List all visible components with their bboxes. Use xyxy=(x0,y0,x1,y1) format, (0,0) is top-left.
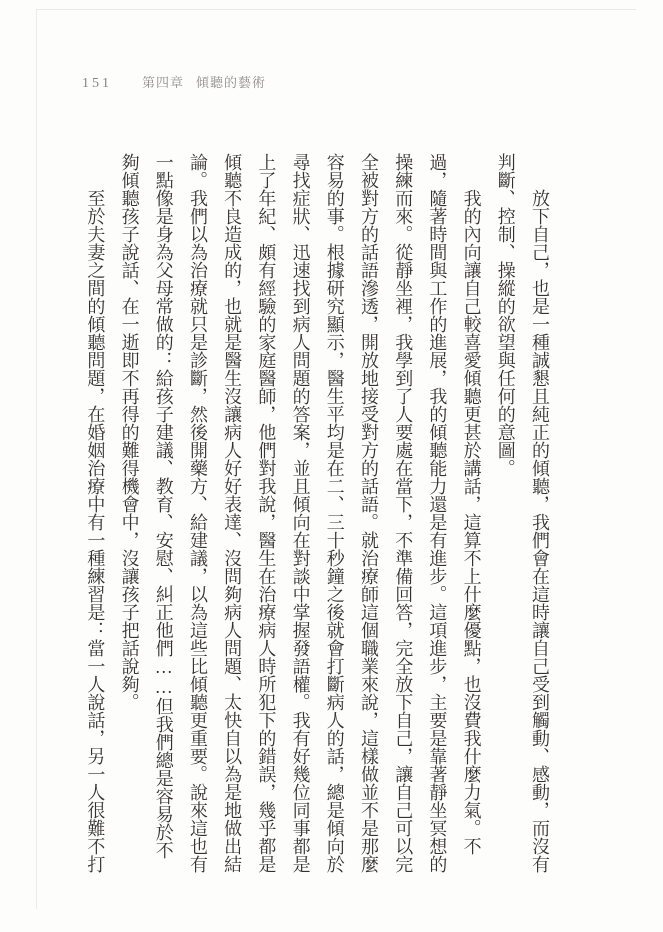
paragraph-2: 我的內向讓自己較喜愛傾聽更甚於講話，這算不上什麼優點，也沒費我什麼力氣。不過，隨… xyxy=(112,153,488,875)
page-edge-top xyxy=(36,9,636,10)
book-page: 151 第四章 傾聽的藝術 放下自己，也是一種誠懇且純正的傾聽，我們會在這時讓自… xyxy=(0,0,663,932)
vertical-body-text: 放下自己，也是一種誠懇且純正的傾聽，我們會在這時讓自己受到觸動、感動，而沒有判斷… xyxy=(57,153,557,875)
chapter-title: 傾聽的藝術 xyxy=(196,72,266,91)
page-number: 151 xyxy=(82,76,112,92)
paragraph-3: 至於夫妻之間的傾聽問題，在婚姻治療中有一種練習是：當一人說話，另一人很難不打 xyxy=(78,153,112,875)
paragraph-1: 放下自己，也是一種誠懇且純正的傾聽，我們會在這時讓自己受到觸動、感動，而沒有判斷… xyxy=(489,153,557,875)
running-header: 151 第四章 傾聽的藝術 xyxy=(82,72,266,92)
chapter-label: 第四章 xyxy=(142,72,184,91)
page-edge-left xyxy=(36,9,37,909)
